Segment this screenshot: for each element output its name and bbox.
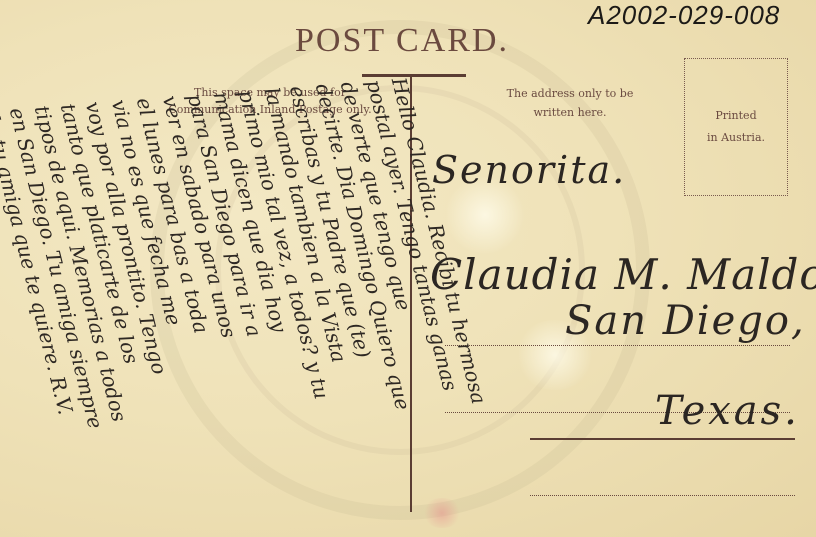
address-note-line2: written here. [485, 103, 655, 122]
address-city: San Diego, [565, 298, 806, 344]
stamp-box-line2: in Austria. [685, 127, 787, 149]
postcard-title: POST CARD. [295, 22, 509, 60]
address-note-line1: The address only to be [485, 84, 655, 103]
accession-number: A2002-029-008 [588, 0, 780, 31]
handwritten-message: Hello Claudia. Recibi tu hermosapostal a… [0, 65, 440, 505]
address-line-1 [445, 345, 790, 346]
address-state: Texas. [655, 388, 800, 434]
address-note: The address only to be written here. [485, 84, 655, 122]
address-recipient-name: Claudia M. Maldonado [430, 250, 816, 299]
address-line-4 [530, 495, 795, 496]
address-line-3 [530, 438, 795, 440]
stamp-box-text: Printed in Austria. [685, 105, 787, 149]
stamp-box-line1: Printed [685, 105, 787, 127]
stamp-box: Printed in Austria. [684, 58, 788, 196]
address-salutation: Senorita. [432, 148, 626, 192]
red-postmark-stain [422, 498, 462, 528]
postcard-back: A2002-029-008 POST CARD. This space may … [0, 0, 816, 537]
